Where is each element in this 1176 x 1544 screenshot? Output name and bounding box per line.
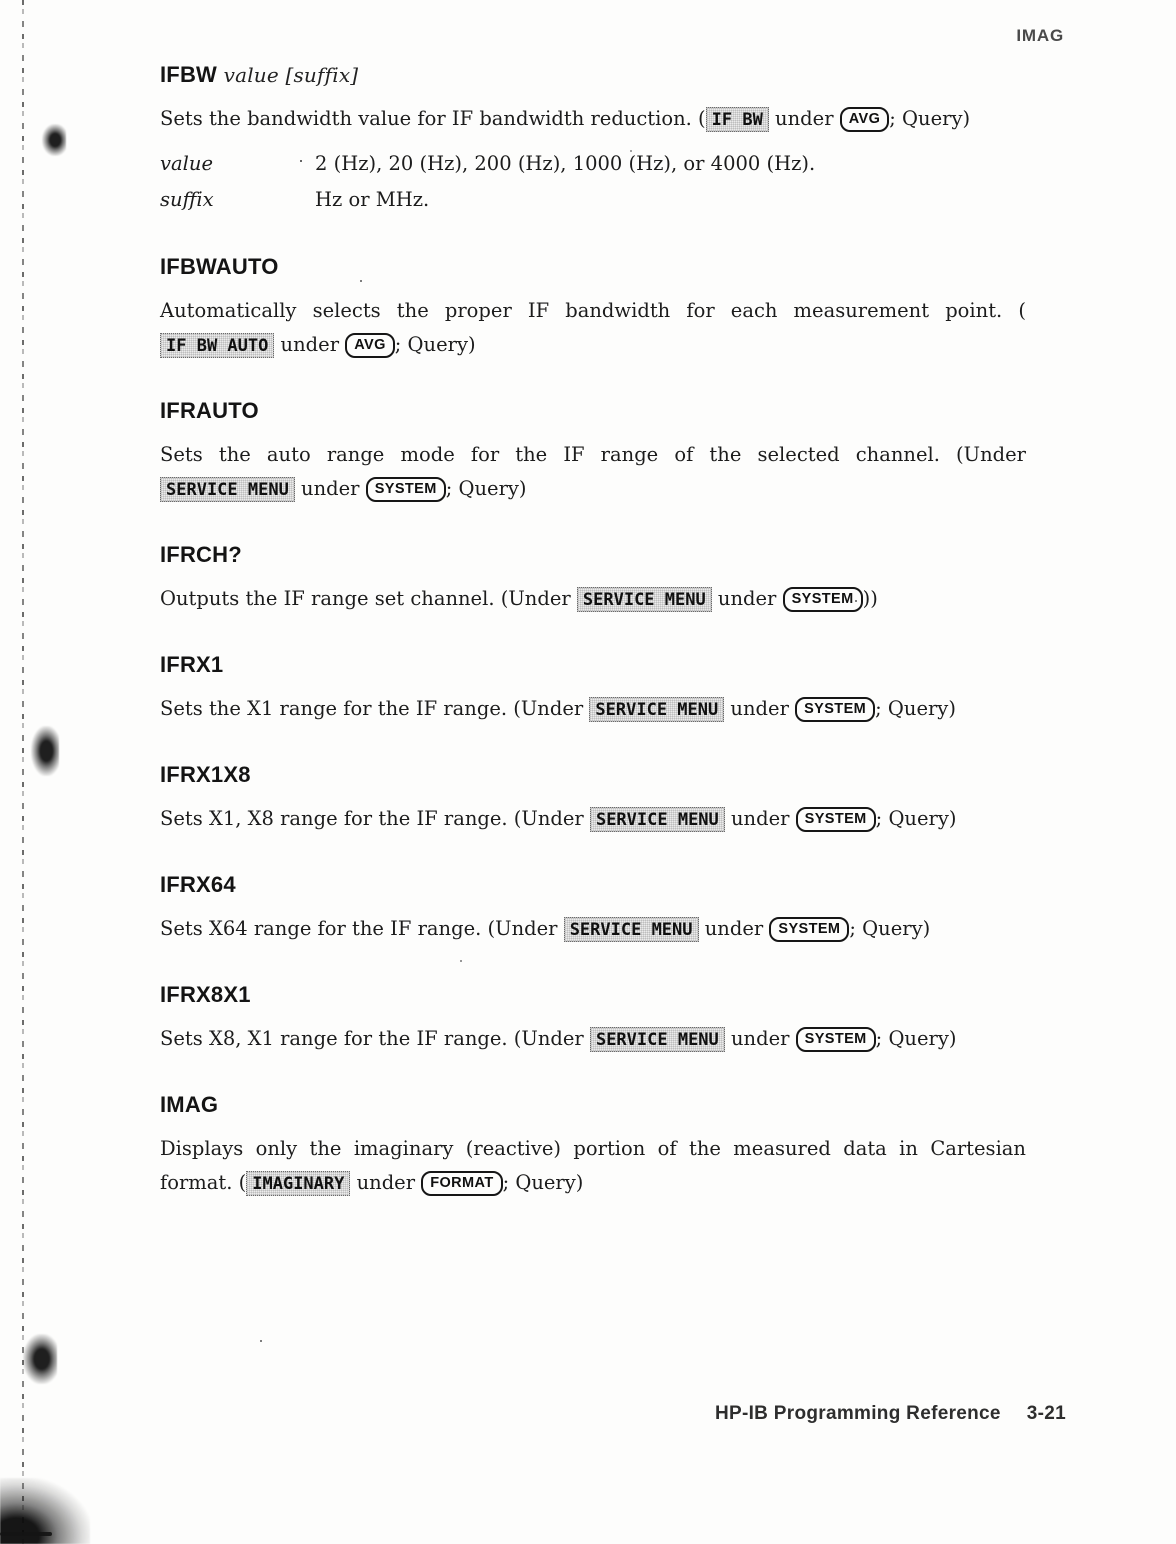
command-name: IFRCH? [160,542,242,567]
parameter-list: value2 (Hz), 20 (Hz), 200 (Hz), 1000 (Hz… [160,146,1026,218]
command-name: IFRAUTO [160,398,259,423]
softkey-label: SERVICE MENU [577,587,712,612]
softkey-label: SERVICE MENU [590,807,725,832]
command-description: Displays only the imaginary (reactive) p… [160,1132,1026,1200]
command-description: Sets the X1 range for the IF range. (Und… [160,692,1026,726]
command-heading: IFRAUTO [160,398,1026,424]
hardkey-label: FORMAT [421,1171,502,1196]
command-description: Outputs the IF range set channel. (Under… [160,582,1026,616]
command-heading: IFRX1 [160,652,1026,678]
command-heading: IFRX8X1 [160,982,1026,1008]
command-name: IFRX1 [160,652,223,677]
command-section: IFBWAUTO Automatically selects the prope… [160,254,1026,362]
softkey-label: IF BW [706,107,769,132]
parameter-name: value [160,146,315,182]
hardkey-label: SYSTEM [796,807,876,832]
softkey-label: IF BW AUTO [160,333,274,358]
command-name: IFRX8X1 [160,982,251,1007]
scan-smudge [23,1334,57,1384]
command-section: IFRX8X1 Sets X8, X1 range for the IF ran… [160,982,1026,1056]
softkey-label: SERVICE MENU [160,477,295,502]
command-heading: IFBW value [suffix] [160,62,1026,88]
parameter-row: value2 (Hz), 20 (Hz), 200 (Hz), 1000 (Hz… [160,146,1026,182]
command-description: Sets the auto range mode for the IF rang… [160,438,1026,506]
command-section: IFRAUTO Sets the auto range mode for the… [160,398,1026,506]
command-heading: IFBWAUTO [160,254,1026,280]
hardkey-label: SYSTEM [796,1027,876,1052]
footer-title: HP-IB Programming Reference [715,1403,1001,1424]
command-section: IFRCH? Outputs the IF range set channel.… [160,542,1026,616]
page-footer: HP-IB Programming Reference3-21 [715,1403,1066,1425]
hardkey-label: SYSTEM [795,697,875,722]
scan-edge-line [22,0,24,1544]
command-section: IMAG Displays only the imaginary (reacti… [160,1092,1026,1200]
parameter-name: suffix [160,182,315,218]
command-section: IFRX1 Sets the X1 range for the IF range… [160,652,1026,726]
command-description: Sets the bandwidth value for IF bandwidt… [160,102,1026,136]
command-args: value [suffix] [217,63,358,87]
parameter-description: Hz or MHz. [315,182,1026,218]
content-column: IFBW value [suffix] Sets the bandwidth v… [0,0,1176,1200]
softkey-label: IMAGINARY [246,1171,350,1196]
command-heading: IFRX1X8 [160,762,1026,788]
scan-speck [300,160,302,162]
command-description: Sets X1, X8 range for the IF range. (Und… [160,802,1026,836]
command-section: IFRX64 Sets X64 range for the IF range. … [160,872,1026,946]
softkey-label: SERVICE MENU [589,697,724,722]
command-description: Automatically selects the proper IF band… [160,294,1026,362]
scan-smudge [31,726,59,776]
command-name: IFBW [160,62,217,87]
document-page: IMAG IFBW value [suffix] Sets the bandwi… [0,0,1176,1544]
hardkey-label: SYSTEM [769,917,849,942]
command-description: Sets X8, X1 range for the IF range. (Und… [160,1022,1026,1056]
command-heading: IFRCH? [160,542,1026,568]
command-heading: IFRX64 [160,872,1026,898]
command-description: Sets X64 range for the IF range. (Under … [160,912,1026,946]
hardkey-label: SYSTEM [783,587,863,612]
hardkey-label: AVG [345,333,395,358]
hardkey-label: SYSTEM [366,477,446,502]
command-name: IFRX1X8 [160,762,251,787]
hardkey-label: AVG [840,107,890,132]
command-heading: IMAG [160,1092,1026,1118]
scan-smudge [42,124,66,156]
command-section: IFBW value [suffix] Sets the bandwidth v… [160,62,1026,218]
running-header: IMAG [1016,26,1064,46]
command-name: IFBWAUTO [160,254,279,279]
command-name: IFRX64 [160,872,236,897]
parameter-description: 2 (Hz), 20 (Hz), 200 (Hz), 1000 (Hz), or… [315,146,1026,182]
page-number: 3-21 [1027,1403,1066,1424]
parameter-row: suffixHz or MHz. [160,182,1026,218]
command-name: IMAG [160,1092,218,1117]
softkey-label: SERVICE MENU [590,1027,725,1052]
softkey-label: SERVICE MENU [564,917,699,942]
command-section: IFRX1X8 Sets X1, X8 range for the IF ran… [160,762,1026,836]
scan-streak [0,1532,52,1536]
